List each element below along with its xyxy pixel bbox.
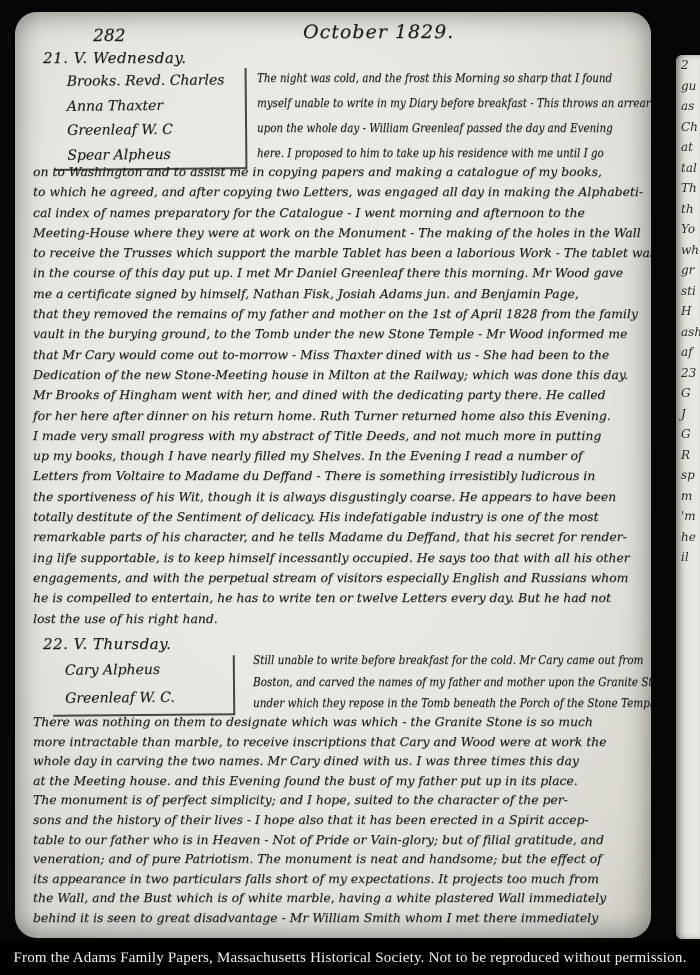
attribution-caption: From the Adams Family Papers, Massachuse… <box>13 950 686 967</box>
facing-page-text-fragment: 23 <box>676 363 700 384</box>
entry-1-margin-name-box: Brooks. Revd. CharlesAnna ThaxterGreenle… <box>55 68 248 171</box>
margin-name: Anna Thaxter <box>55 93 245 119</box>
margin-name: Greenleaf W. C. <box>53 683 233 713</box>
manuscript-line: engagements, and with the perpetual stre… <box>33 568 649 588</box>
manuscript-line: veneration; and of pure Patriotism. The … <box>33 849 649 869</box>
manuscript-line: There was nothing on them to designate w… <box>33 712 649 732</box>
entry-1-date-heading: 21. V. Wednesday. <box>43 49 187 67</box>
manuscript-line: its appearance in two particulars falls … <box>33 869 649 889</box>
facing-page-text-fragment: as <box>676 96 700 117</box>
facing-page-text-fragment: ash <box>676 322 700 343</box>
manuscript-line: upon the whole day - William Greenleaf p… <box>257 115 581 140</box>
manuscript-line: at the Meeting house. and this Evening f… <box>33 771 649 791</box>
facing-page-text-fragment: 2 <box>676 55 700 76</box>
manuscript-line: Mr Brooks of Hingham went with her, and … <box>33 385 649 405</box>
facing-page-text-fragment: m <box>676 486 700 507</box>
manuscript-line: me a certificate signed by himself, Nath… <box>33 284 649 304</box>
manuscript-line: The night was cold, and the frost this M… <box>257 65 581 90</box>
month-header: October 1829. <box>303 21 454 43</box>
facing-page-text-fragment: G <box>676 383 700 404</box>
manuscript-line: vault in the burying ground, to the Tomb… <box>33 324 649 344</box>
facing-page-text-fragment: wh <box>676 240 700 261</box>
margin-name: Brooks. Revd. Charles <box>55 68 245 94</box>
manuscript-line: cal index of names preparatory for the C… <box>33 203 649 223</box>
manuscript-line: The monument is of perfect simplicity; a… <box>33 790 649 810</box>
manuscript-line: that Mr Cary would come out to-morrow - … <box>33 345 649 365</box>
manuscript-line: Letters from Voltaire to Madame du Deffa… <box>33 466 649 486</box>
entry-2-indented-text: Still unable to write before breakfast f… <box>253 649 647 714</box>
facing-page-text-fragment: Ch <box>676 117 700 138</box>
manuscript-line: for her here after dinner on his return … <box>33 406 649 426</box>
entry-2-date-heading: 22. V. Thursday. <box>43 635 171 653</box>
manuscript-line: more intractable than marble, to receive… <box>33 732 649 752</box>
manuscript-line: Boston, and carved the names of my fathe… <box>253 671 584 693</box>
manuscript-line: whole day in carving the two names. Mr C… <box>33 751 649 771</box>
manuscript-line: to receive the Trusses which support the… <box>33 243 649 263</box>
manuscript-line: table to our father who is in Heaven - N… <box>33 830 649 850</box>
manuscript-line: myself unable to write in my Diary befor… <box>257 90 581 115</box>
facing-page-text-fragment: Yo <box>676 219 700 240</box>
facing-page-edge: 2guasChattalThthYowhgrstiHashaf23GJGRspm… <box>676 55 700 939</box>
manuscript-line: I made very small progress with my abstr… <box>33 426 649 446</box>
manuscript-scan: 282 October 1829. 21. V. Wednesday. Broo… <box>0 0 700 975</box>
entry-2-body-text: There was nothing on them to designate w… <box>33 712 649 928</box>
manuscript-line: under which they repose in the Tomb bene… <box>253 692 584 714</box>
facing-page-text-fragment: R <box>676 445 700 466</box>
margin-name: Cary Alpheus <box>53 655 233 685</box>
manuscript-line: that they removed the remains of my fath… <box>33 304 649 324</box>
margin-name: Greenleaf W. C <box>55 117 245 143</box>
page-number: 282 <box>93 26 125 46</box>
manuscript-line: to which he agreed, and after copying tw… <box>33 182 649 202</box>
manuscript-line: up my books, though I have nearly filled… <box>33 446 649 466</box>
manuscript-line: he is compelled to entertain, he has to … <box>33 588 649 608</box>
manuscript-line: lost the use of his right hand. <box>33 609 649 629</box>
manuscript-line: on to Washington and to assist me in cop… <box>33 162 649 182</box>
manuscript-line: the Wall, and the Bust which is of white… <box>33 888 649 908</box>
manuscript-line: Meeting-House where they were at work on… <box>33 223 649 243</box>
manuscript-line: the sportiveness of his Wit, though it i… <box>33 487 649 507</box>
manuscript-line: totally destitute of the Sentiment of de… <box>33 507 649 527</box>
diary-page: 282 October 1829. 21. V. Wednesday. Broo… <box>15 12 651 938</box>
facing-page-text-fragment: 'm <box>676 506 700 527</box>
entry-1-body-text: on to Washington and to assist me in cop… <box>33 162 649 629</box>
facing-page-text-fragment: tal <box>676 158 700 179</box>
manuscript-line: ing life supportable, is to keep himself… <box>33 548 649 568</box>
facing-page-text-fragment: gu <box>676 76 700 97</box>
facing-page-text-fragment: at <box>676 137 700 158</box>
facing-page-text-fragment: il <box>676 547 700 568</box>
facing-page-text-fragment: sti <box>676 281 700 302</box>
manuscript-line: in the course of this day put up. I met … <box>33 263 649 283</box>
manuscript-line: sons and the history of their lives - I … <box>33 810 649 830</box>
attribution-bar: From the Adams Family Papers, Massachuse… <box>0 941 700 975</box>
manuscript-line: behind it is seen to great disadvantage … <box>33 908 649 928</box>
facing-page-text-fragment: gr <box>676 260 700 281</box>
facing-page-text-fragment: he <box>676 527 700 548</box>
facing-page-text-fragment: Th <box>676 178 700 199</box>
facing-page-text-fragment: G <box>676 424 700 445</box>
facing-page-text-fragment: af <box>676 342 700 363</box>
facing-page-text-fragment: J <box>676 404 700 425</box>
entry-1-indented-text: The night was cold, and the frost this M… <box>257 65 647 165</box>
manuscript-line: remarkable parts of his character, and h… <box>33 527 649 547</box>
manuscript-line: Still unable to write before breakfast f… <box>253 649 584 671</box>
manuscript-line: Dedication of the new Stone-Meeting hous… <box>33 365 649 385</box>
facing-page-text-fragment: H <box>676 301 700 322</box>
facing-page-text-fragment: sp <box>676 465 700 486</box>
entry-2-margin-name-box: Cary AlpheusGreenleaf W. C. <box>53 655 236 717</box>
facing-page-text-fragment: th <box>676 199 700 220</box>
